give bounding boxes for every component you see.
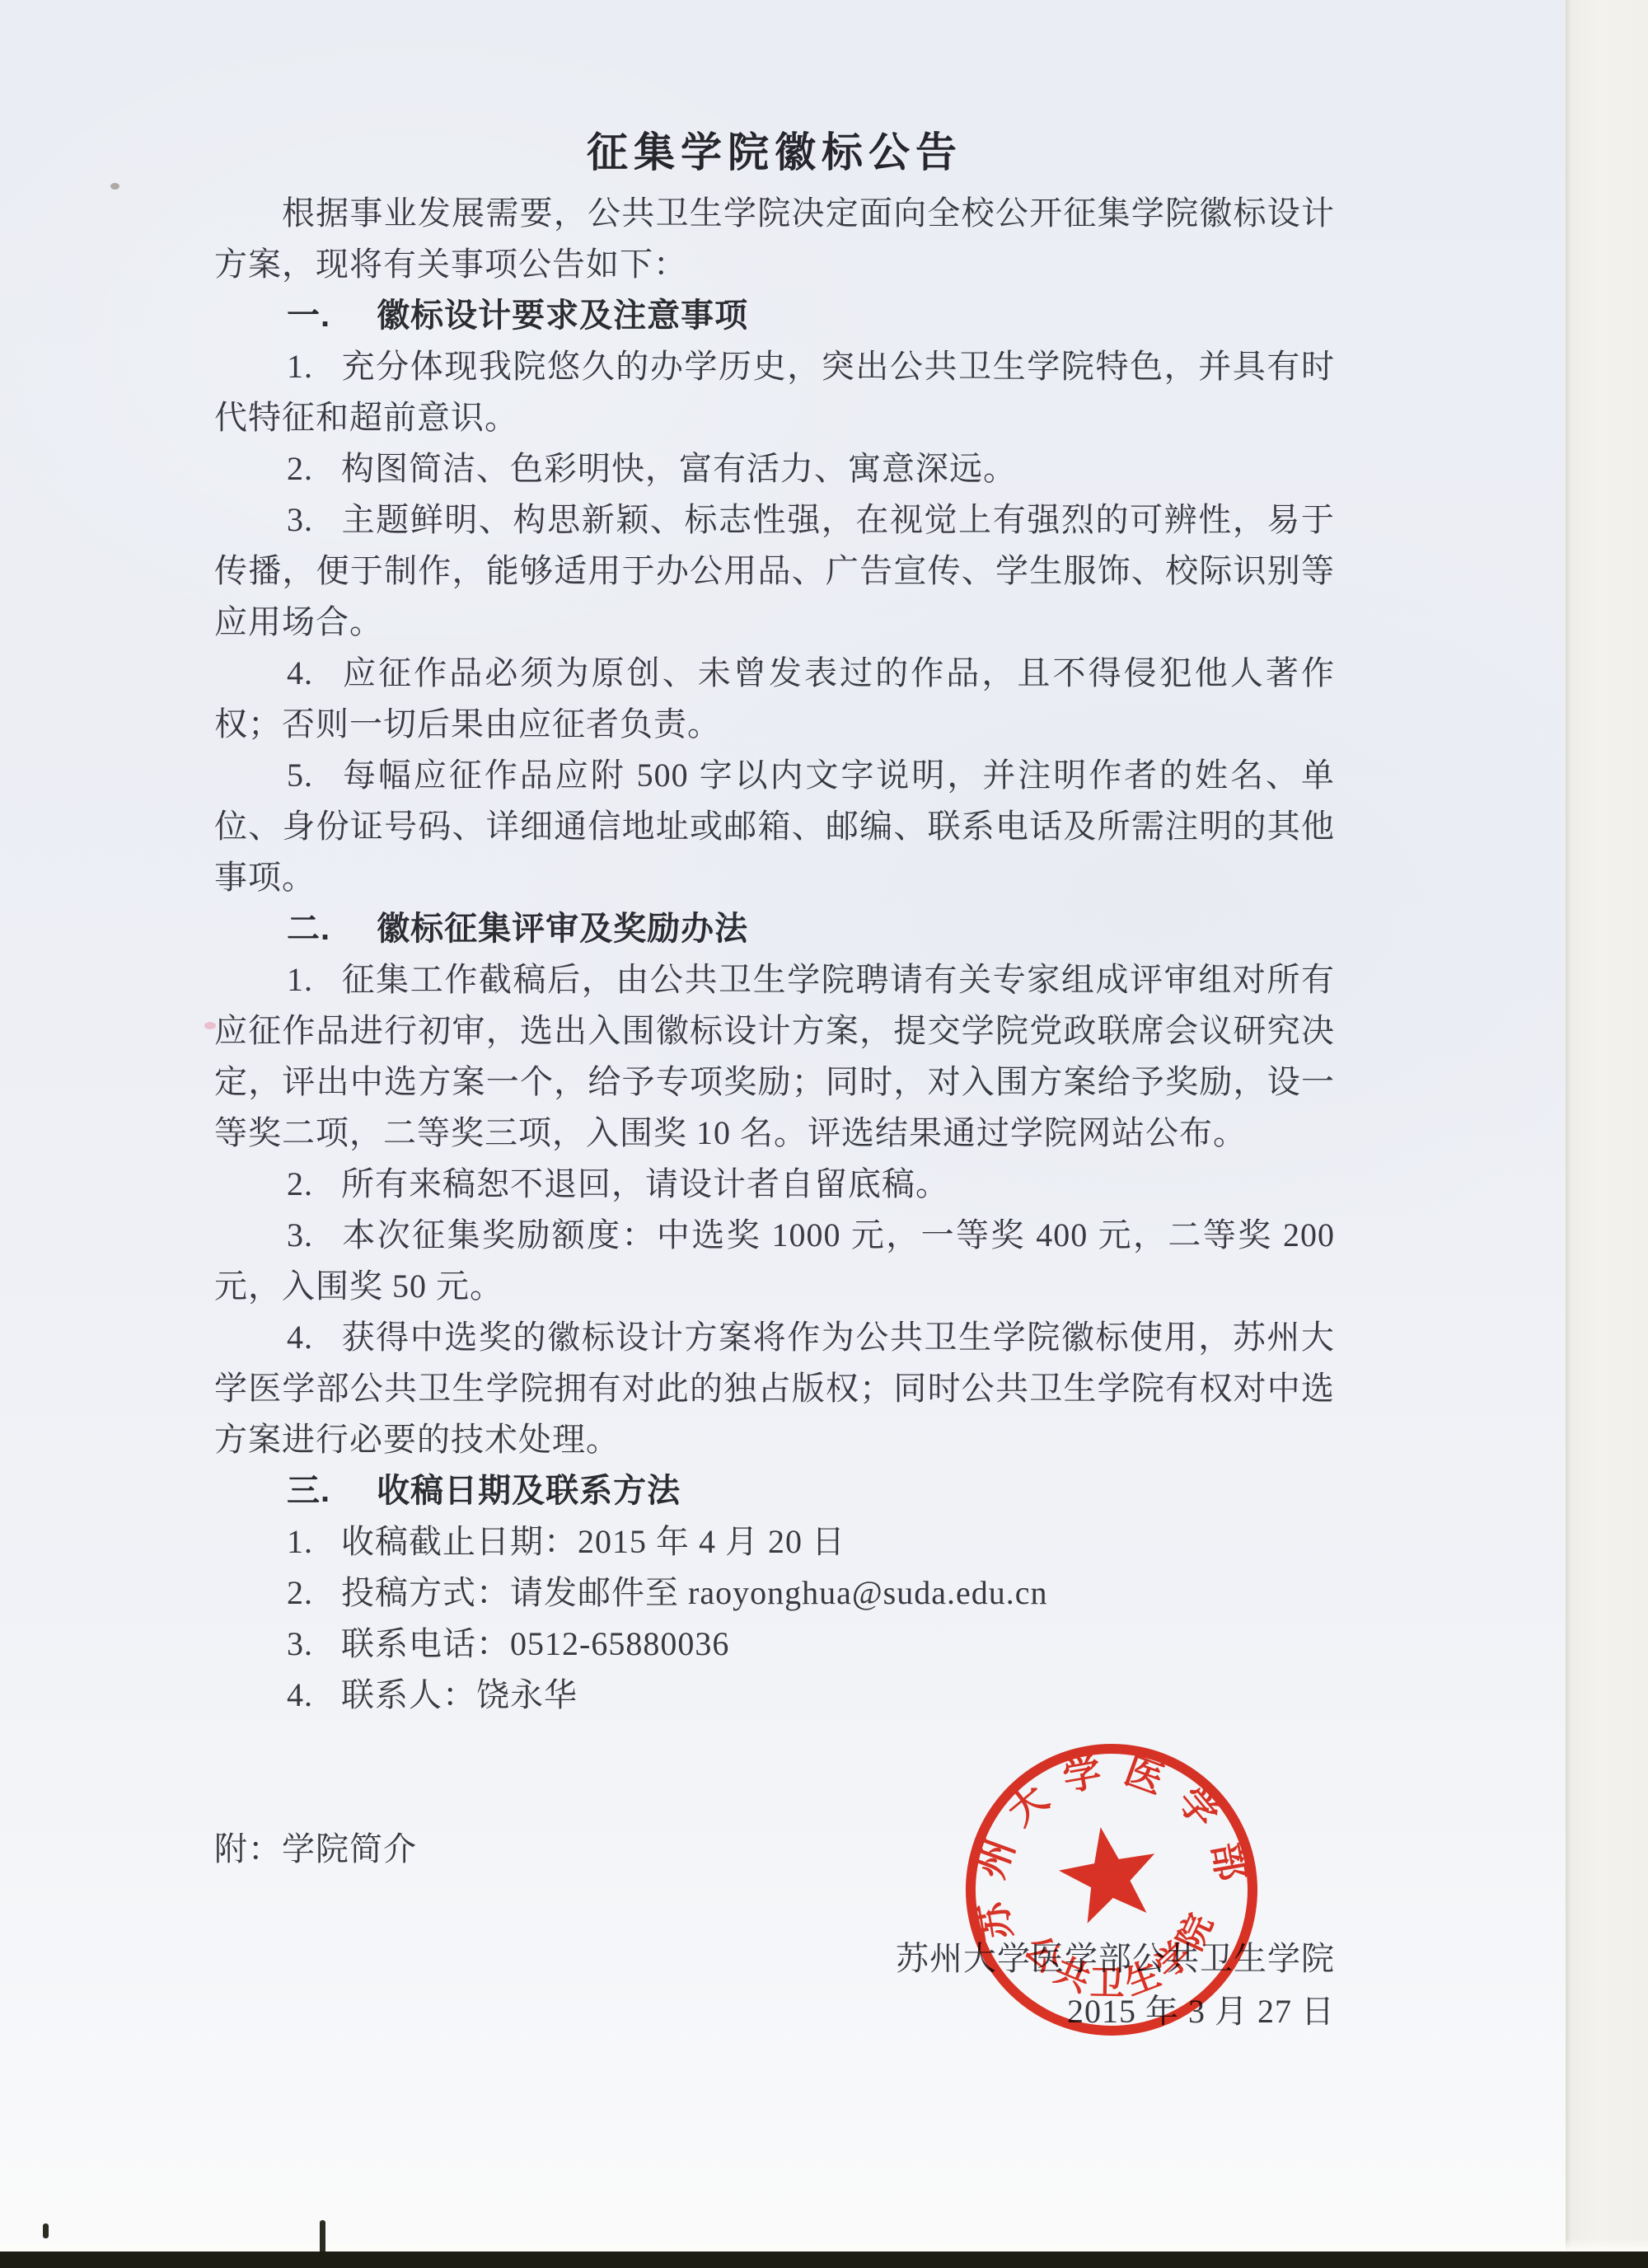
item-text: 每幅应征作品应附 500 字以内文字说明，并注明作者的姓名、单位、身份证号码、详… (214, 757, 1335, 896)
item-number: 1. (287, 348, 313, 385)
item-number: 3. (287, 1625, 313, 1662)
item-number: 4. (287, 654, 313, 691)
scan-artifact-speck (43, 2223, 49, 2238)
intro-paragraph: 根据事业发展需要，公共卫生学院决定面向全校公开征集学院徽标设计方案，现将有关事项… (214, 188, 1335, 290)
item-number: 4. (287, 1676, 313, 1713)
paper-bottom-edge-highlight (0, 2238, 1648, 2252)
item-number: 2. (287, 1574, 313, 1611)
section-number: 二. (287, 911, 330, 947)
list-item: 4.获得中选奖的徽标设计方案将作为公共卫生学院徽标使用，苏州大学医学部公共卫生学… (214, 1312, 1335, 1465)
section-number: 一. (287, 298, 330, 334)
list-item: 2.所有来稿恕不退回，请设计者自留底稿。 (214, 1159, 1335, 1210)
item-text: 征集工作截稿后，由公共卫生学院聘请有关专家组成评审组对所有应征作品进行初审，选出… (214, 961, 1335, 1151)
list-item: 3.主题鲜明、构思新颖、标志性强，在视觉上有强烈的可辨性，易于传播，便于制作，能… (214, 494, 1335, 648)
list-item: 2.投稿方式：请发邮件至 raoyonghua@suda.edu.cn (214, 1567, 1335, 1619)
item-text: 主题鲜明、构思新颖、标志性强，在视觉上有强烈的可辨性，易于传播，便于制作，能够适… (214, 501, 1335, 640)
item-text: 本次征集奖励额度：中选奖 1000 元，一等奖 400 元，二等奖 200 元，… (214, 1216, 1335, 1305)
item-number: 2. (287, 450, 313, 487)
item-text: 充分体现我院悠久的办学历史，突出公共卫生学院特色，并具有时代特征和超前意识。 (214, 348, 1335, 436)
item-number: 1. (287, 961, 313, 998)
section-number: 三. (287, 1473, 330, 1509)
section-heading-text: 收稿日期及联系方法 (377, 1473, 681, 1509)
section-heading-3: 三.收稿日期及联系方法 (214, 1465, 1335, 1516)
item-number: 5. (287, 757, 313, 794)
scanner-edge-bottom (0, 2252, 1648, 2268)
list-item: 2.构图简洁、色彩明快，富有活力、寓意深远。 (214, 443, 1335, 494)
section-heading-1: 一.徽标设计要求及注意事项 (214, 290, 1335, 341)
section-heading-text: 徽标设计要求及注意事项 (377, 298, 748, 334)
item-number: 2. (287, 1165, 313, 1202)
scan-artifact-speck (110, 183, 119, 190)
list-item: 3.本次征集奖励额度：中选奖 1000 元，一等奖 400 元，二等奖 200 … (214, 1210, 1335, 1312)
item-number: 3. (287, 501, 313, 538)
section-heading-2: 二.徽标征集评审及奖励办法 (214, 903, 1335, 954)
list-item: 5.每幅应征作品应附 500 字以内文字说明，并注明作者的姓名、单位、身份证号码… (214, 750, 1335, 903)
scan-artifact-speck (204, 1022, 216, 1029)
official-seal: 苏州大学医学部 公共卫生学院 (920, 1699, 1302, 2080)
page-title: 征集学院徽标公告 (214, 124, 1335, 181)
item-text: 投稿方式：请发邮件至 raoyonghua@suda.edu.cn (341, 1574, 1048, 1611)
list-item: 4.应征作品必须为原创、未曾发表过的作品，且不得侵犯他人著作权；否则一切后果由应… (214, 648, 1335, 750)
list-item: 1.征集工作截稿后，由公共卫生学院聘请有关专家组成评审组对所有应征作品进行初审，… (214, 954, 1335, 1159)
scanned-document-page: { "page": { "paper_color": "#edeff5", "i… (0, 0, 1648, 2268)
item-number: 1. (287, 1523, 313, 1560)
item-number: 3. (287, 1216, 313, 1253)
list-item: 1.充分体现我院悠久的办学历史，突出公共卫生学院特色，并具有时代特征和超前意识。 (214, 341, 1335, 443)
item-text: 收稿截止日期：2015 年 4 月 20 日 (341, 1523, 845, 1560)
item-text: 联系电话：0512-65880036 (341, 1625, 729, 1662)
item-number: 4. (287, 1319, 313, 1356)
item-text: 构图简洁、色彩明快，富有活力、寓意深远。 (341, 450, 1017, 487)
seal-star-icon (1053, 1819, 1165, 1927)
list-item: 3.联系电话：0512-65880036 (214, 1619, 1335, 1670)
scanner-background-right (1566, 0, 1648, 2268)
item-text: 获得中选奖的徽标设计方案将作为公共卫生学院徽标使用，苏州大学医学部公共卫生学院拥… (214, 1319, 1335, 1458)
list-item: 1.收稿截止日期：2015 年 4 月 20 日 (214, 1516, 1335, 1567)
item-text: 联系人：饶永华 (341, 1676, 578, 1713)
item-text: 应征作品必须为原创、未曾发表过的作品，且不得侵犯他人著作权；否则一切后果由应征者… (214, 654, 1335, 743)
section-heading-text: 徽标征集评审及奖励办法 (377, 911, 748, 947)
item-text: 所有来稿恕不退回，请设计者自留底稿。 (341, 1165, 949, 1202)
